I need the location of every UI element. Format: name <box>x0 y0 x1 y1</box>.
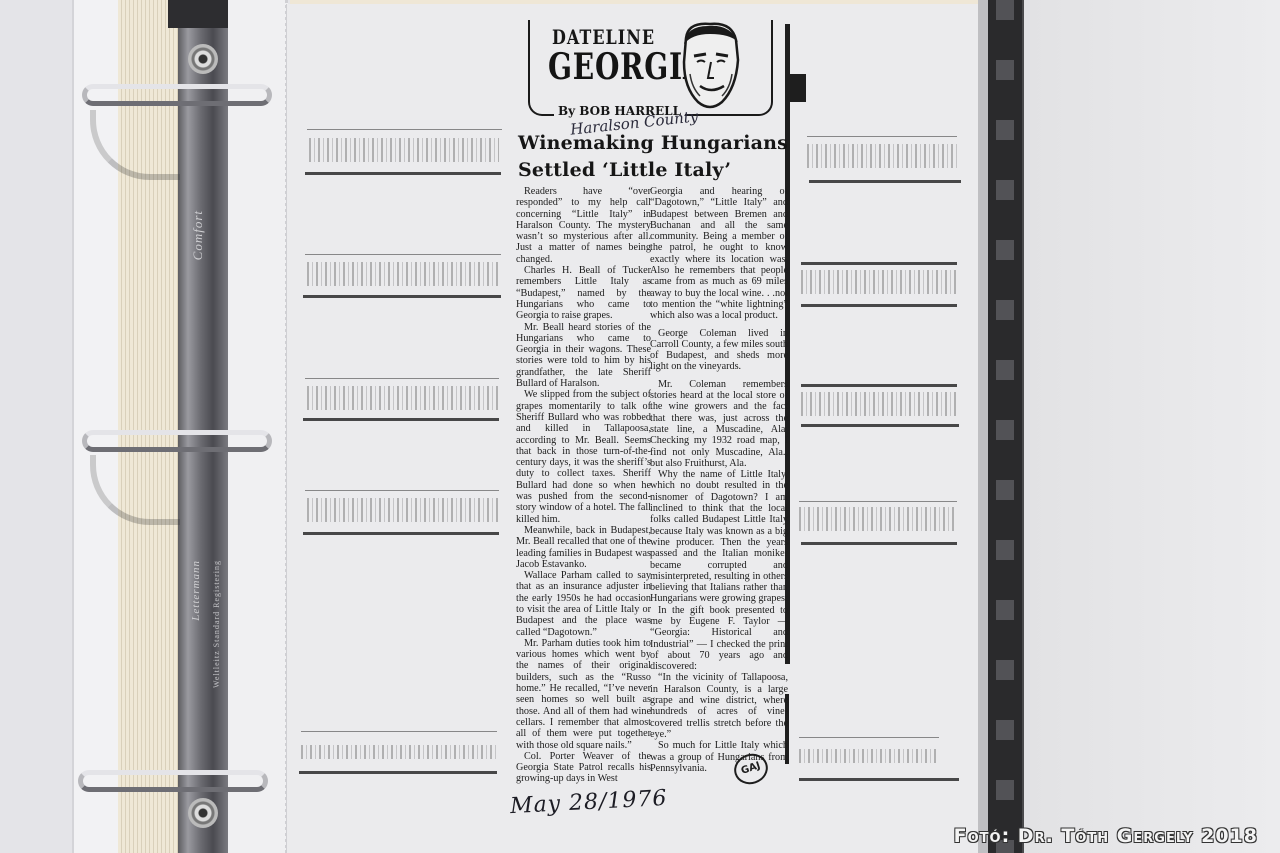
paragraph: Readers have “over responded” to my help… <box>516 186 651 265</box>
spine-brand-text-2: Lettermann <box>190 560 202 621</box>
binder-cover-left <box>0 0 75 853</box>
paragraph: George Coleman lived in Carroll County, … <box>650 328 788 373</box>
binder-ring-top[interactable] <box>82 84 272 106</box>
tabletop-surface <box>1024 0 1280 853</box>
paragraph: Wallace Parham called to say that as an … <box>516 570 651 638</box>
columnist-portrait-icon <box>670 18 750 114</box>
binder-ring-bottom[interactable] <box>78 770 268 792</box>
paragraph: In the gift book presented to me by Euge… <box>650 605 788 673</box>
paragraph: Why the name of Little Italy, which no d… <box>650 469 788 605</box>
spine-small-text: Weltleitz Standard Registering <box>212 560 221 688</box>
headline: Winemaking Hungarians Settled ‘Little It… <box>518 130 788 184</box>
spine-brand-text: Comfort <box>190 210 206 260</box>
plastic-sleeve-perforation <box>228 0 288 853</box>
paragraph: Charles H. Beall of Tucker remembers Lit… <box>516 265 651 321</box>
article-column-1: Readers have “over responded” to my help… <box>516 186 651 785</box>
photo-credit-watermark: Fotó: Dr. Tóth Gergely 2018 <box>954 825 1258 847</box>
paragraph: Mr. Parham duties took him to various ho… <box>516 638 651 751</box>
rivet-icon <box>188 44 218 74</box>
paragraph: Meanwhile, back in Budapest, Mr. Beall r… <box>516 525 651 570</box>
handwritten-date: May 28/1976 <box>509 786 668 819</box>
binder-ring-middle[interactable] <box>82 430 272 452</box>
paragraph: Col. Porter Weaver of the Georgia State … <box>516 751 651 785</box>
paragraph: Mr. Beall heard stories of the Hungarian… <box>516 322 651 390</box>
newspaper-clipping: DATELINE GEORGIA By BOB HARRELL Haralson… <box>510 14 795 850</box>
paragraph: “In the vicinity of Tallapoosa, in Haral… <box>650 672 788 740</box>
binder-cover-right-edge <box>978 0 1024 853</box>
paragraph: Georgia and hearing of “Dagotown,” “Litt… <box>650 186 788 322</box>
rivet-icon <box>188 798 218 828</box>
binder-spine-mechanism <box>178 0 228 853</box>
paragraph: We slipped from the subject of grapes mo… <box>516 389 651 525</box>
article-column-2: Georgia and hearing of “Dagotown,” “Litt… <box>650 186 788 774</box>
paragraph: Mr. Coleman remembers stories heard at t… <box>650 379 788 469</box>
headline-line-2: Settled ‘Little Italy’ <box>518 157 788 184</box>
headline-line-1: Winemaking Hungarians <box>518 130 788 157</box>
